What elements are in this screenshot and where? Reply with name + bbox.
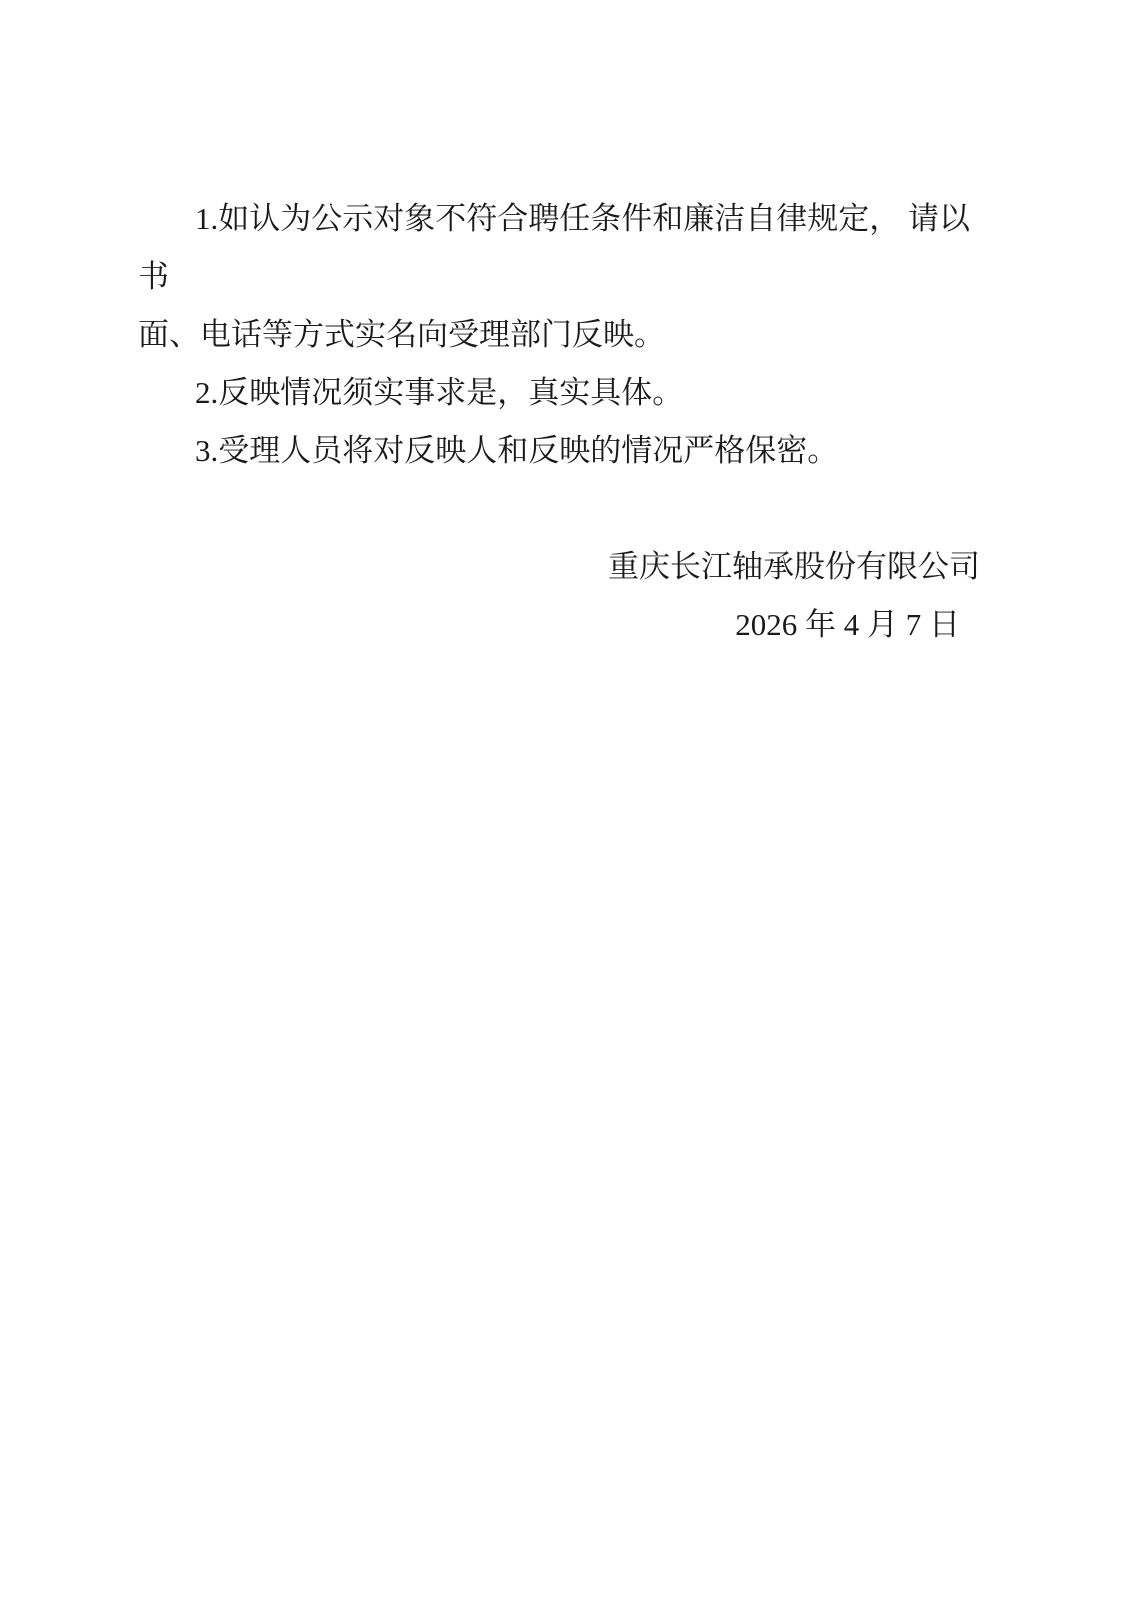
signature-company-name: 重庆长江轴承股份有限公司: [138, 538, 990, 596]
blank-line: [138, 480, 990, 538]
body-line-note-1-continuation: 面、电话等方式实名向受理部门反映。: [138, 306, 990, 364]
document-body: 1.如认为公示对象不符合聘任条件和廉洁自律规定， 请以书 面、电话等方式实名向受…: [138, 190, 990, 654]
body-line-note-2: 2.反映情况须实事求是，真实具体。: [138, 364, 990, 422]
body-line-note-3: 3.受理人员将对反映人和反映的情况严格保密。: [138, 422, 990, 480]
document-page: 1.如认为公示对象不符合聘任条件和廉洁自律规定， 请以书 面、电话等方式实名向受…: [0, 0, 1131, 1600]
body-line-note-1: 1.如认为公示对象不符合聘任条件和廉洁自律规定， 请以书: [138, 190, 990, 306]
signature-date: 2026 年 4 月 7 日: [138, 596, 990, 654]
